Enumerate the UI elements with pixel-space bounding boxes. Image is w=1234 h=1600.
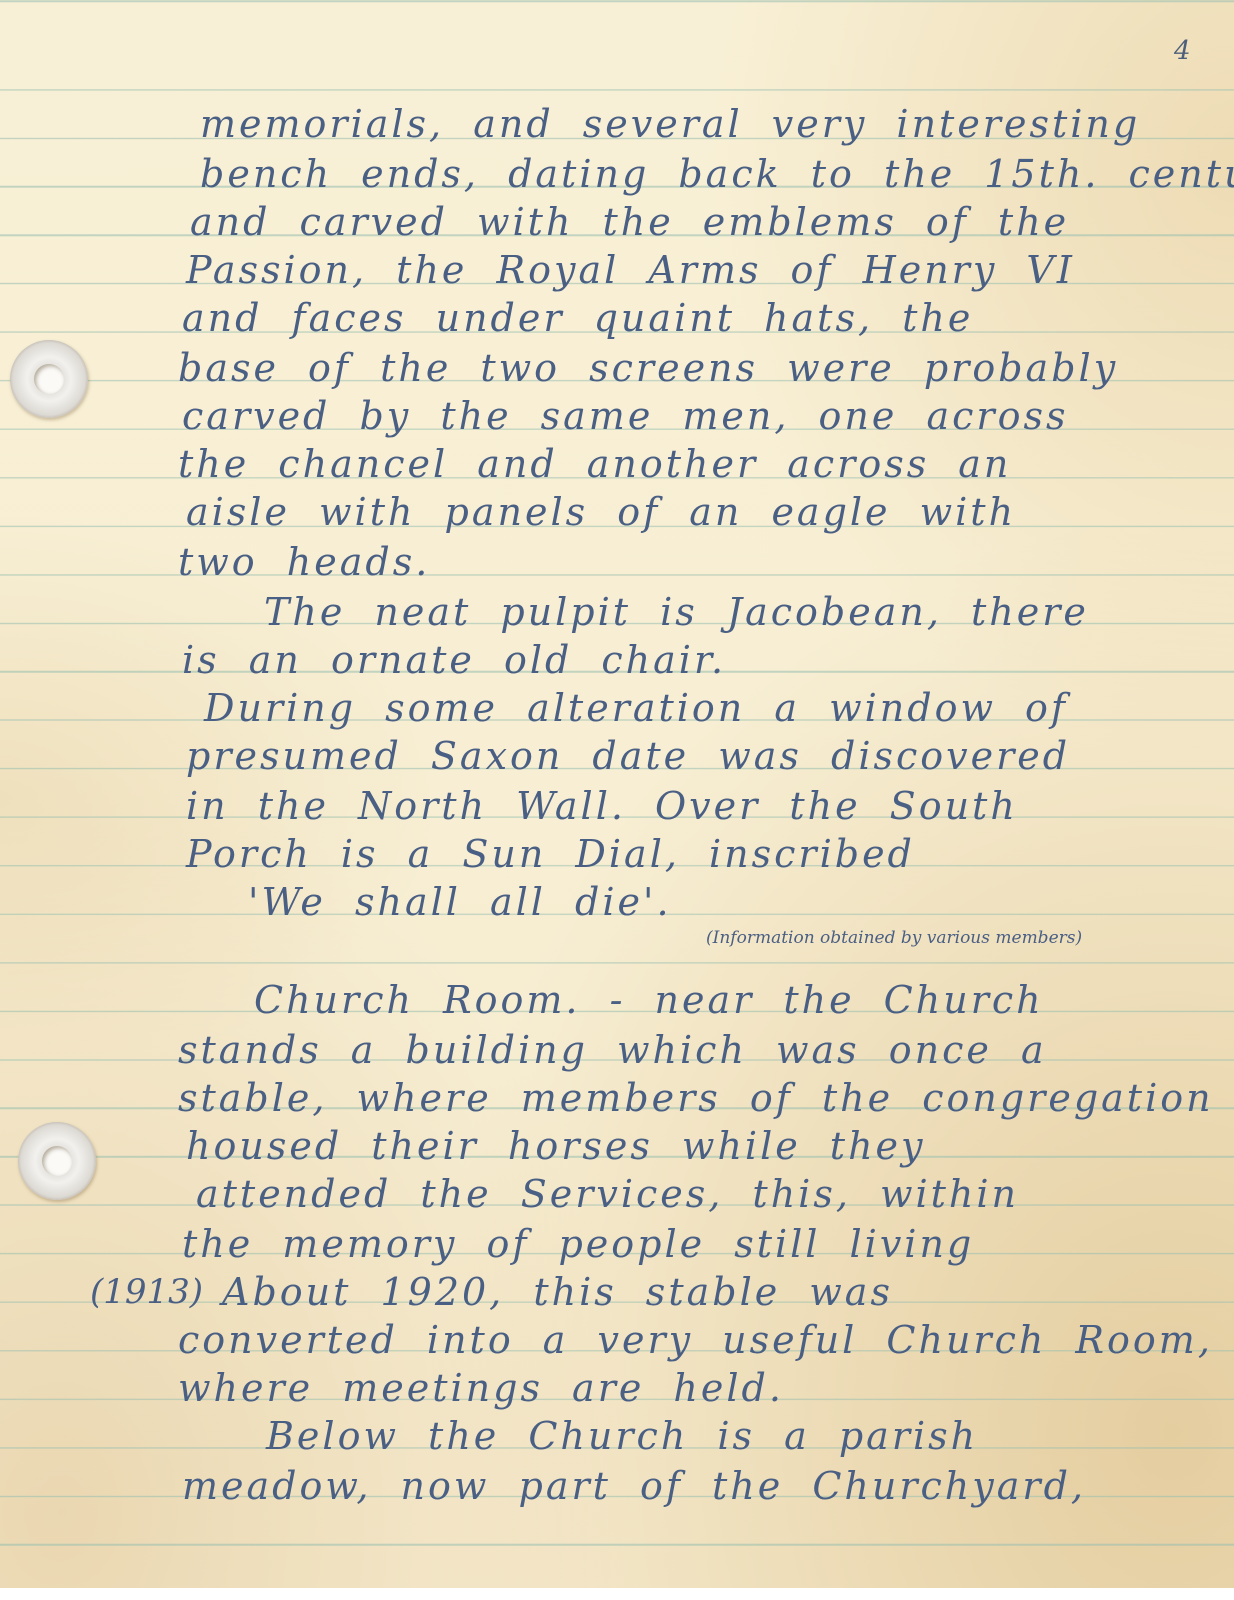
- text-line: attended the Services, this, within: [196, 1172, 1019, 1216]
- text-line: carved by the same men, one across: [182, 394, 1068, 438]
- text-line: stands a building which was once a: [178, 1028, 1047, 1072]
- text-line: in the North Wall. Over the South: [186, 784, 1018, 828]
- text-line: converted into a very useful Church Room…: [178, 1318, 1213, 1362]
- text-line: The neat pulpit is Jacobean, there: [264, 590, 1089, 634]
- text-line: the memory of people still living: [182, 1222, 974, 1266]
- margin-note-year: (1913): [90, 1272, 203, 1312]
- text-line: housed their horses while they: [186, 1124, 926, 1168]
- text-line: the chancel and another across an: [178, 442, 1011, 486]
- attribution-note: (Information obtained by various members…: [706, 928, 1082, 948]
- notebook-page: 4 memorials, and several very interestin…: [0, 0, 1234, 1592]
- text-line: aisle with panels of an eagle with: [186, 490, 1016, 534]
- text-line: meadow, now part of the Churchyard,: [182, 1464, 1086, 1508]
- text-line: Porch is a Sun Dial, inscribed: [186, 832, 915, 876]
- text-line: 'We shall all die'.: [248, 880, 672, 924]
- text-line: Below the Church is a parish: [266, 1414, 978, 1458]
- text-line: where meetings are held.: [178, 1366, 784, 1410]
- page-bottom-edge: [0, 1588, 1234, 1600]
- text-line: and faces under quaint hats, the: [182, 296, 973, 340]
- text-line: Passion, the Royal Arms of Henry VI: [186, 248, 1075, 292]
- text-line: stable, where members of the congregatio…: [178, 1076, 1214, 1120]
- text-line: presumed Saxon date was discovered: [186, 734, 1070, 778]
- text-line: During some alteration a window of: [204, 686, 1068, 730]
- text-line: two heads.: [178, 540, 430, 584]
- text-line: is an ornate old chair.: [182, 638, 726, 682]
- text-line: Church Room. - near the Church: [254, 978, 1044, 1022]
- text-line: memorials, and several very interesting: [200, 102, 1140, 146]
- text-line: base of the two screens were probably: [178, 346, 1118, 390]
- handwritten-text: memorials, and several very interesting …: [0, 0, 1234, 1592]
- text-line: bench ends, dating back to the 15th. cen…: [200, 152, 1234, 196]
- text-line: and carved with the emblems of the: [190, 200, 1069, 244]
- text-line: About 1920, this stable was: [222, 1270, 893, 1314]
